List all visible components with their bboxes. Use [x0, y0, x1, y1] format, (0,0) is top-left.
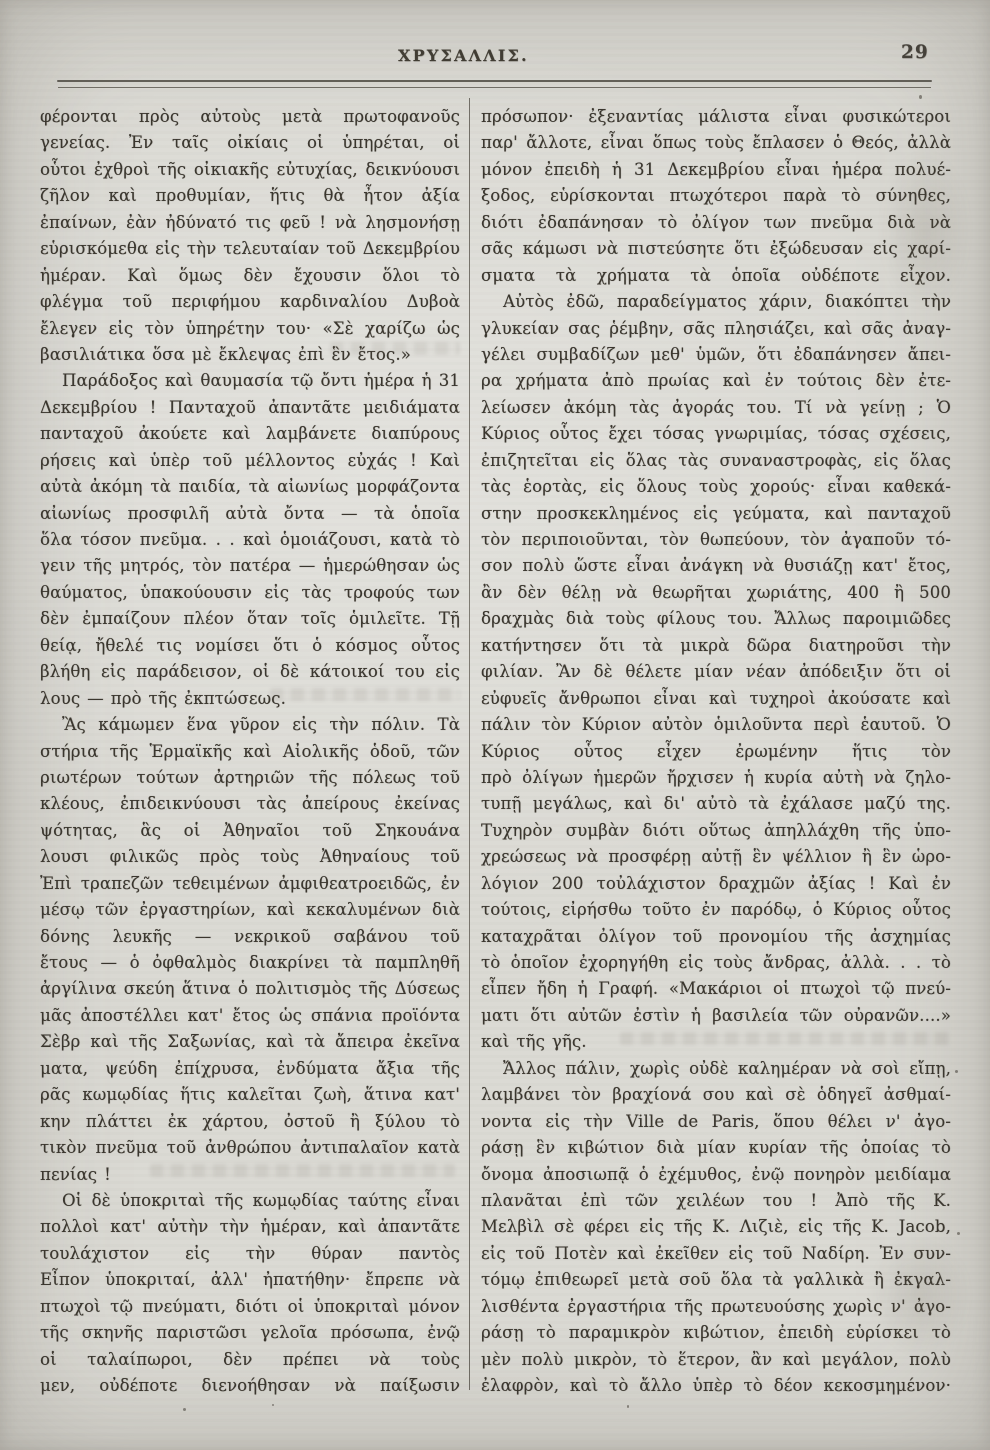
ink-speck — [183, 1408, 186, 1411]
text-line: πανταχοῦ ἀκούετε καὶ λαμβάνετε διαπύρους… — [40, 421, 460, 447]
text-line: δραχμὰς διὰ τοὺς φίλους του. Ἄλλως παροι… — [481, 606, 951, 632]
text-line: νοντα εἰς τὴν Ville de Paris, ὅπου θέλει… — [481, 1109, 951, 1135]
text-line: Ἐπὶ τραπεζῶν τεθειμένων ἀμφιθεατροειδῶς,… — [40, 871, 460, 897]
text-line: στήρια τῆς Ἑρμαϊκῆς καὶ Αἰολικῆς ὁδοῦ, τ… — [40, 739, 460, 765]
margin-smudge — [880, 150, 970, 310]
text-line: καταχρᾶται ὀλίγον τοῦ προνομίου τῆς ἀσχη… — [481, 924, 951, 950]
text-line: ἀργίλινα σκεύη ἅτινα ὁ πολιτισμὸς τῆς Δύ… — [40, 976, 460, 1002]
text-line: πλανᾶται ἐπὶ τῶν χειλέων του ! Ἀπὸ τῆς Κ… — [481, 1188, 951, 1214]
text-line: ρα χρήματα ἀπὸ πρωίας καὶ ἐν τούτοις δὲν… — [481, 368, 951, 394]
text-line: Οἱ δὲ ὑποκριταὶ τῆς κωμῳδίας ταύτης εἶνα… — [40, 1188, 460, 1214]
text-line: Αὐτὸς ἐδῶ, παραδείγματος χάριν, διακόπτε… — [481, 289, 951, 315]
text-line: Ἂς κάμωμεν ἕνα γῦρον εἰς τὴν πόλιν. Τὰ ἐ… — [40, 712, 460, 738]
text-line: μέσῳ τῶν ἐργαστηρίων, καὶ κεκαλυμένων δι… — [40, 897, 460, 923]
text-line: ζῆλον καὶ προθυμίαν, ἥτις θὰ ἦτον ἀξία μ… — [40, 183, 460, 209]
text-line: λουσι φιλικῶς πρὸς τοὺς Ἀθηναίους τοῦ Ἰλ… — [40, 844, 460, 870]
text-line: Κύριος οὗτος εἶχεν ἐρωμένην ἥτις τὸν ἐλά… — [481, 739, 951, 765]
text-line: γλυκείαν σας ῥέμβην, σᾶς πλησιάζει, καὶ … — [481, 316, 951, 342]
text-line: πτωχοὶ τῷ πνεύματι, διότι οἱ ὑποκριταὶ μ… — [40, 1294, 460, 1320]
text-line: φέρονται πρὸς αὐτοὺς μετὰ πρωτοφανοῦς ἀλ… — [40, 104, 460, 130]
text-line: λαμβάνει τὸν βραχίονά σου καὶ σὲ ὁδηγεῖ … — [481, 1082, 951, 1108]
column-left: φέρονται πρὸς αὐτοὺς μετὰ πρωτοφανοῦς ἀλ… — [40, 104, 460, 1399]
text-line: τικὸν πνεῦμα τοῦ ἀνθρώπου ἀντιπαλαῖον κα… — [40, 1135, 460, 1161]
ink-speck — [919, 95, 922, 99]
text-line: δὲν ἐμπαίζουν πλέον ὅταν τοῖς ὁμιλεῖτε. … — [40, 606, 460, 632]
text-line: μᾶς ἀποστέλλει κατ' ἔτος ὡς σπάνια προϊό… — [40, 1003, 460, 1029]
text-line: φλέγμα τοῦ περιφήμου καρδιναλίου Δυβοὰ ὅ… — [40, 289, 460, 315]
text-line: εὐφυεῖς ἄνθρωποι εἶναι καὶ τυχηροὶ ἀκούσ… — [481, 686, 951, 712]
text-line: Σὲβρ καὶ τῆς Σαξωνίας, καὶ τὰ ἄπειρα ἐκε… — [40, 1029, 460, 1055]
text-line: τυπῇ μεγάλως, καὶ δι' αὐτὸ τὰ ἐχάλασε μα… — [481, 791, 951, 817]
text-line: πρόσωπον· ἐξεναντίας μάλιστα εἶναι φυσικ… — [481, 104, 951, 130]
text-line: ριωτέρων τούτων ἀρτηριῶν τῆς πόλεως τοῦ … — [40, 765, 460, 791]
text-line: σον πολὺ ὥστε εἶναι ἀνάγκη νὰ θυσιάζῃ κα… — [481, 553, 951, 579]
text-line: τούτοις, εἰρήσθω τοῦτο ἐν παρόδῳ, ὁ Κύρι… — [481, 897, 951, 923]
text-line: ἐπιζητεῖται εἰς ὅλας τὰς συναναστροφὰς, … — [481, 448, 951, 474]
text-line: φιλίαν. Ἂν δὲ θέλετε μίαν νέαν ἀπόδειξιν… — [481, 659, 951, 685]
bleedthrough-mark — [620, 1032, 950, 1045]
ink-speck — [955, 1070, 958, 1073]
text-line: ράσῃ ἓν κιβώτιον διὰ μίαν κυρίαν τῆς ὁπο… — [481, 1135, 951, 1161]
margin-smudge — [870, 1235, 970, 1355]
ink-speck — [957, 1232, 960, 1235]
text-line: σματα τὰ χρήματα τὰ ὁποῖα οὐδέποτε εἶχον… — [481, 263, 951, 289]
text-line: τουλάχιστον εἰς τὴν θύραν παντὸς ἐργαστη… — [40, 1241, 460, 1267]
ink-speck — [272, 1404, 274, 1406]
text-line: οὗτοι ἐχθροὶ τῆς οἰκιακῆς εὐτυχίας, δεικ… — [40, 157, 460, 183]
text-line: μὲν πολὺ μικρὸν, τὸ ἕτερον, ἂν καὶ μεγάλ… — [481, 1347, 951, 1373]
text-line: ἔτους — ὁ ὀφθαλμὸς διακρίνει τὰ παμπληθῆ… — [40, 950, 460, 976]
text-line: στην προσκεκλημένος εἰς γεύματα, καὶ παν… — [481, 501, 951, 527]
text-line: Κύριος οὗτος ἔχει τόσας γνωριμίας, τόσας… — [481, 421, 951, 447]
text-line: τῆς σκηνῆς παριστῶσι γελοῖα πρόσωπα, ἐνῷ… — [40, 1320, 460, 1346]
ink-speck — [627, 1405, 629, 1408]
text-line: χρεώσεως νὰ προσφέρῃ αὐτῇ ἓν ψέλλιον ἢ ἓ… — [481, 844, 951, 870]
bleedthrough-mark — [270, 688, 460, 701]
column-right: πρόσωπον· ἐξεναντίας μάλιστα εἶναι φυσικ… — [481, 104, 951, 1399]
text-line: ἔλεγεν εἰς τὸν ὑπηρέτην του· «Σὲ χαρίζω … — [40, 316, 460, 342]
text-line: ὄνομα ἀποσιωπᾷ ὁ ἐχέμυθος, ἐνῷ πονηρὸν μ… — [481, 1162, 951, 1188]
text-line: κλέους, ἐπιδεικνύουσι τὰς ἀπείρους ἐκείν… — [40, 791, 460, 817]
text-line: Ἄλλος πάλιν, χωρὶς οὐδὲ καλημέραν νὰ σοὶ… — [481, 1056, 951, 1082]
text-line: ψότητας, ἃς οἱ Ἀθηναῖοι τοῦ Σηκουάνα ἀπο… — [40, 818, 460, 844]
text-line: ὅλα τόσον πνεῦμα. . . καὶ ὁμοιάζουσι, κα… — [40, 527, 460, 553]
text-line: ξοδος, εὑρίσκονται πτωχότεροι παρὰ τὸ σύ… — [481, 183, 951, 209]
text-line: μεν, οὐδέποτε διενοήθησαν νὰ παίξωσιν οἱ… — [40, 1373, 460, 1399]
text-line: γειν τῆς μητρός, τὸν πατέρα — ἡμερώθησαν… — [40, 553, 460, 579]
text-line: βλήθη εἰς παράδεισον, οἱ δὲ κάτοικοί του… — [40, 659, 460, 685]
text-line: Μελβὶλ σὲ φέρει εἰς τῆς Κ. Λιζιὲ, εἰς τῆ… — [481, 1214, 951, 1240]
text-line: ἡμέραν. Καὶ ὅμως δὲν ἔχουσιν ὅλοι τὸ ἀξι… — [40, 263, 460, 289]
text-line: θαύματος, ὑπακούουσιν εἰς τὰς τροφούς τω… — [40, 580, 460, 606]
text-line: οἱ ταλαίπωροι, δὲν πρέπει νὰ τοὺς συκοφα… — [40, 1347, 460, 1373]
text-line: ρήσεις καὶ ὑπὲρ τοῦ μέλλοντος εὐχάς ! Κα… — [40, 448, 460, 474]
bleedthrough-mark — [330, 342, 460, 355]
text-line: παρ' ἄλλοτε, εἶναι ὅπως τοὺς ἔπλασεν ὁ Θ… — [481, 130, 951, 156]
text-line: εὑρισκόμεθα εἰς τὴν τελευταίαν τοῦ Δεκεμ… — [40, 236, 460, 262]
page-number: 29 — [901, 42, 929, 63]
text-line: πολλοὶ κατ' αὐτὴν τὴν ἡμέραν, καὶ ἀπαντᾶ… — [40, 1214, 460, 1240]
bleedthrough-mark — [150, 1164, 455, 1177]
text-line: ματι ὅτι αὐτῶν ἐστὶν ἡ βασιλεία τῶν οὐρα… — [481, 1003, 951, 1029]
text-line: τὸν περιποιοῦνται, τὸν θωπεύουν, τὸν ἀγα… — [481, 527, 951, 553]
text-line: κατήντησεν ὅτι τὰ μικρὰ δῶρα διατηροῦσι … — [481, 633, 951, 659]
text-line: Εἶπον ὑποκριταί, ἀλλ' ἠπατήθην· ἔπρεπε ν… — [40, 1267, 460, 1293]
text-line: αἰωνίως προσφιλῆ αὐτὰ ὄντα — τὰ ὁποῖα ἔχ… — [40, 501, 460, 527]
header-rule-top — [57, 80, 932, 82]
text-line: πρὸ ὀλίγων ἡμερῶν ἤρχισεν ἡ κυρία αὐτὴ ν… — [481, 765, 951, 791]
text-line: ἐλαφρὸν, καὶ τὸ ἄλλο ὑπὲρ τὸ δέον κεκοσμ… — [481, 1373, 951, 1399]
text-line: λείωσεν ἀκόμη τὰς ἀγοράς του. Τί νὰ γείν… — [481, 395, 951, 421]
text-line: γέλει συμβαδίζων μεθ' ὑμῶν, ὅτι ἐδαπάνησ… — [481, 342, 951, 368]
column-divider — [469, 98, 471, 1390]
journal-title: ΧΡΥΣΑΛΛΙΣ. — [398, 46, 529, 65]
text-line: εἶπεν ἤδη ἡ Γραφή. «Μακάριοι οἱ πτωχοὶ τ… — [481, 976, 951, 1002]
text-line: θείᾳ, ἤθελέ τις νομίσει ὅτι ὁ κόσμος οὗτ… — [40, 633, 460, 659]
text-line: γενείας. Ἐν ταῖς οἰκίαις οἱ ὑπηρέται, οἱ… — [40, 130, 460, 156]
text-line: πάλιν τὸν Κύριον αὐτὸν ὁμιλοῦντα περὶ ἑα… — [481, 712, 951, 738]
text-line: κην πλάττει ἐκ χάρτου, ὀστοῦ ἢ ξύλου τὸ … — [40, 1109, 460, 1135]
text-line: ἂν δὲν θέλῃ νὰ θεωρῆται χωριάτης, 400 ἢ … — [481, 580, 951, 606]
text-line: ματα, ψεύδη ἐπίχρυσα, ἐνδύματα ἄξια τῆς … — [40, 1056, 460, 1082]
text-line: τὸ ὁποῖον ἐχορηγήθη εἰς τοὺς ἄνδρας, ἀλλ… — [481, 950, 951, 976]
text-line: δόνης λευκῆς — νεκρικοῦ σαβάνου τοῦ θνήσ… — [40, 924, 460, 950]
text-line: αὐτὰ ἀκόμη τὰ παιδία, τὰ αἰωνίως μορφάζο… — [40, 474, 460, 500]
text-line: ρᾶς κωμῳδίας ἥτις καλεῖται ζωὴ, ἅτινα κα… — [40, 1082, 460, 1108]
text-line: Δεκεμβρίου ! Πανταχοῦ ἀπαντᾶτε μειδιάματ… — [40, 395, 460, 421]
page-root: ΧΡΥΣΑΛΛΙΣ. 29 φέρονται πρὸς αὐτοὺς μετὰ … — [0, 0, 990, 1450]
text-line: Τυχηρὸν συμβὰν διότι οὕτως ἀπηλλάχθη τῆς… — [481, 818, 951, 844]
text-line: Παράδοξος καὶ θαυμασία τῷ ὄντι ἡμέρα ἡ 3… — [40, 368, 460, 394]
text-line: μόνον ἐπειδὴ ἡ 31 Δεκεμβρίου εἶναι ἡμέρα… — [481, 157, 951, 183]
text-line: τὰς ἑορτὰς, εἰς ὅλους τοὺς χορούς· εἶναι… — [481, 474, 951, 500]
text-line: λόγιον 200 τοὐλάχιστον δραχμῶν ἀξίας ! Κ… — [481, 871, 951, 897]
header-rule-bottom — [58, 87, 931, 88]
text-line: ἐπαίνων, ἐὰν ἠδύνατό τις φεῦ ! νὰ λησμον… — [40, 210, 460, 236]
